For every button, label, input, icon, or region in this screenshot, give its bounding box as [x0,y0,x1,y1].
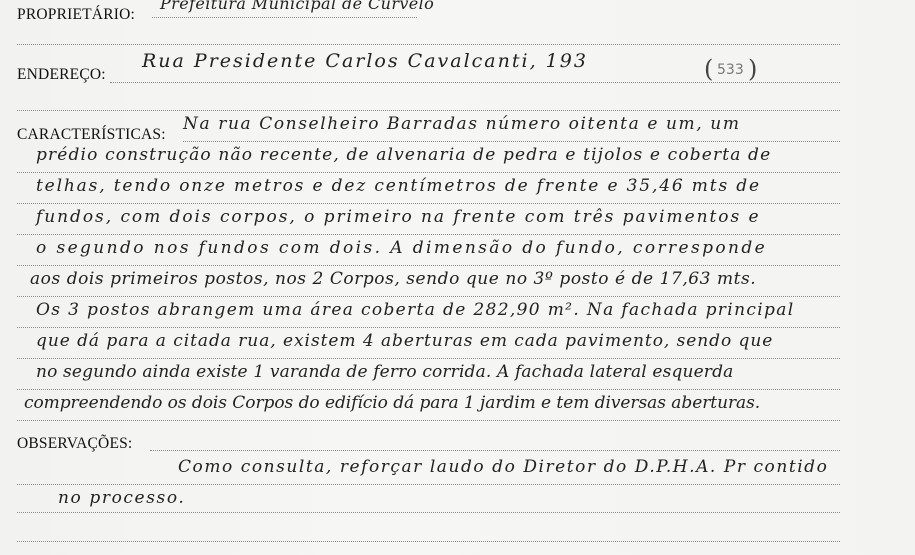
characteristics-rule [17,420,840,421]
observations-label: OBSERVAÇÕES: [17,435,132,453]
characteristics-line: prédio construção não recente, de alvena… [36,145,771,165]
owner-label: PROPRIETÁRIO: [17,6,135,24]
characteristics-line: compreendendo os dois Corpos do edifício… [24,393,760,413]
observations-rule [17,484,840,485]
characteristics-rule [17,203,840,204]
characteristics-line: Os 3 postos abrangem uma área coberta de… [36,300,795,320]
characteristics-rule [17,265,840,266]
characteristics-rule [17,358,840,359]
characteristics-line: telhas, tendo onze metros e dez centímet… [36,176,761,196]
owner-rule [152,17,417,18]
form-sheet: PROPRIETÁRIO: Prefeitura Municipal de Cu… [0,0,915,555]
annotation-open-paren: ( [704,55,713,83]
observations-line: Como consulta, reforçar laudo do Diretor… [178,457,828,477]
annotation-close-paren: ) [748,55,757,83]
address-rule [110,82,840,83]
observations-rule [150,450,840,451]
characteristics-line: Na rua Conselheiro Barradas número oiten… [183,114,741,134]
characteristics-rule [17,234,840,235]
owner-value: Prefeitura Municipal de Curvelo [160,0,434,13]
characteristics-line: que dá para a citada rua, existem 4 aber… [36,331,773,351]
characteristics-rule [17,327,840,328]
characteristics-rule [17,296,840,297]
address-annotation: 533 [717,62,744,78]
rule-2 [17,110,840,111]
characteristics-label: CARACTERÍSTICAS: [17,126,166,144]
address-value: Rua Presidente Carlos Cavalcanti, 193 [142,50,588,72]
characteristics-line: o segundo nos fundos com dois. A dimensã… [36,238,767,258]
observations-rule [17,512,840,513]
characteristics-rule [17,172,840,173]
characteristics-rule [183,141,840,142]
characteristics-line: fundos, com dois corpos, o primeiro na f… [36,207,761,227]
characteristics-rule [17,389,840,390]
observations-rule [17,541,840,542]
observations-line: no processo. [58,488,185,508]
address-label: ENDEREÇO: [17,66,106,84]
characteristics-line: aos dois primeiros postos, nos 2 Corpos,… [30,269,756,289]
characteristics-line: no segundo ainda existe 1 varanda de fer… [36,362,733,382]
rule-1 [17,44,840,45]
